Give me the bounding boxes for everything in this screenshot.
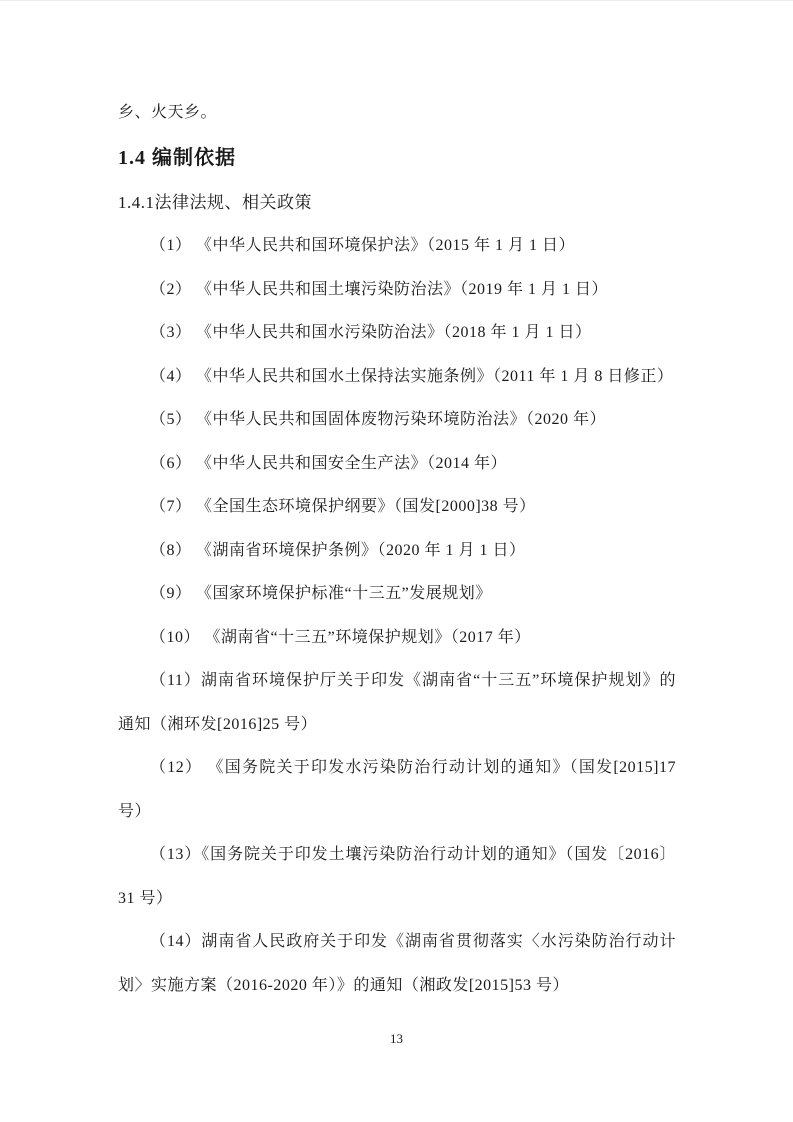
list-item: （2） 《中华人民共和国土壤污染防治法》（2019 年 1 月 1 日） [118,268,676,312]
page-content: 乡、火天乡。 1.4 编制依据 1.4.1法律法规、相关政策 （1） 《中华人民… [118,91,676,1007]
list-item: （12） 《国务院关于印发水污染防治行动计划的通知》（国发[2015]17 号） [118,746,676,833]
list-item: （3） 《中华人民共和国水污染防治法》（2018 年 1 月 1 日） [118,311,676,355]
list-item: （7） 《全国生态环境保护纲要》（国发[2000]38 号） [118,485,676,529]
list-item: （13）《国务院关于印发土壤污染防治行动计划的通知》（国发〔2016〕31 号） [118,833,676,920]
list-item: （4） 《中华人民共和国水土保持法实施条例》（2011 年 1 月 8 日修正） [118,355,676,399]
list-item: （5） 《中华人民共和国固体废物污染环境防治法》（2020 年） [118,398,676,442]
list-item: （9） 《国家环境保护标准“十三五”发展规划》 [118,572,676,616]
section-heading: 1.4 编制依据 [118,135,676,181]
page-number: 13 [0,1031,793,1047]
list-item: （11）湖南省环境保护厅关于印发《湖南省“十三五”环境保护规划》的通知（湘环发[… [118,659,676,746]
list-item: （14）湖南省人民政府关于印发《湖南省贯彻落实〈水污染防治行动计划〉实施方案（2… [118,920,676,1007]
list-item: （8） 《湖南省环境保护条例》（2020 年 1 月 1 日） [118,529,676,573]
list-item: （1） 《中华人民共和国环境保护法》（2015 年 1 月 1 日） [118,224,676,268]
subsection-heading: 1.4.1法律法规、相关政策 [118,181,676,225]
paragraph-continuation: 乡、火天乡。 [118,91,676,135]
document-page: 乡、火天乡。 1.4 编制依据 1.4.1法律法规、相关政策 （1） 《中华人民… [0,0,793,1122]
list-item: （6） 《中华人民共和国安全生产法》（2014 年） [118,442,676,486]
list-item: （10） 《湖南省“十三五”环境保护规划》（2017 年） [118,616,676,660]
